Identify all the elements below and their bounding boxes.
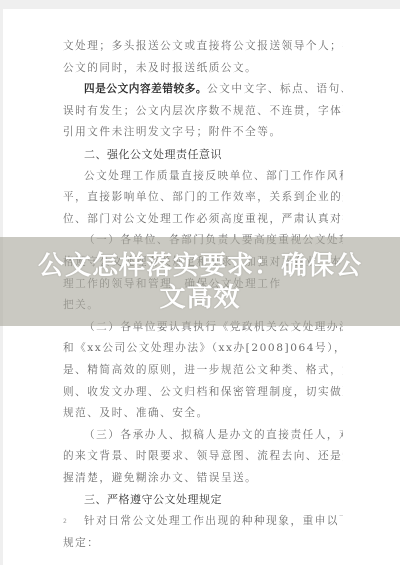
text-line: 文处理；多头报送公文或直接将公文报送领导个人；在报送电子: [63, 36, 343, 58]
text-line: 误时有发生；公文内层次序数不规范、不连贯，字体不符规定；: [63, 101, 343, 123]
text-line: 公文的同时，未及时报送纸质公文。: [63, 58, 343, 80]
text-line: 的来文背景、时限要求、领导意图、流程去向、还是安排等要掌: [63, 446, 343, 468]
page-number: 2: [63, 518, 67, 525]
text-line: 平，直接影响单位、部门的工作效率，关系到企业的形象，各单: [63, 187, 343, 209]
banner-title: 公文怎样落实要求：确保公文高效: [35, 250, 365, 314]
section-heading: 三、严格遵守公文处理规定: [63, 489, 343, 511]
text-line: （三）各承办人、拟稿人是办文的直接责任人，对每件公文: [63, 425, 343, 447]
text-line: 公文处理工作质量直接反映单位、部门工作作风和工作水: [63, 166, 343, 188]
bold-lead: 四是公文内容差错较多。: [84, 83, 207, 95]
text-line: 规范、及时、准确、安全。: [63, 403, 343, 425]
text-line: 引用文件未注明发文字号；附件不全等。: [63, 122, 343, 144]
text-line: 和《xx公司公文处理办法》（xx办[2008]064号），坚持实事求: [63, 338, 343, 360]
text-line: 四是公文内容差错较多。公文中文字、标点、语句、逻辑常: [63, 79, 343, 101]
text-line-rest: 公文中文字、标点、语句、逻辑常: [207, 83, 343, 95]
text-line: 针对日常公文处理工作出现的种种现象，重申以下几个方面: [63, 511, 343, 533]
section-heading: 二、强化公文处理责任意识: [63, 144, 343, 166]
text-line: 是、精简高效的原则，进一步规范公文种类、格式，完善行文规: [63, 360, 343, 382]
text-line: 规定：: [63, 533, 343, 555]
text-line: 位、部门对公文处理工作必须高度重视，严肃认真对待。: [63, 209, 343, 231]
title-banner: 公文怎样落实要求：确保公文高效: [0, 237, 400, 326]
text-line: 握清楚，避免糊涂办文、错误呈送。: [63, 468, 343, 490]
text-line: 则、收发文办理、公文归档和保密管理制度，切实做到公文处理: [63, 382, 343, 404]
